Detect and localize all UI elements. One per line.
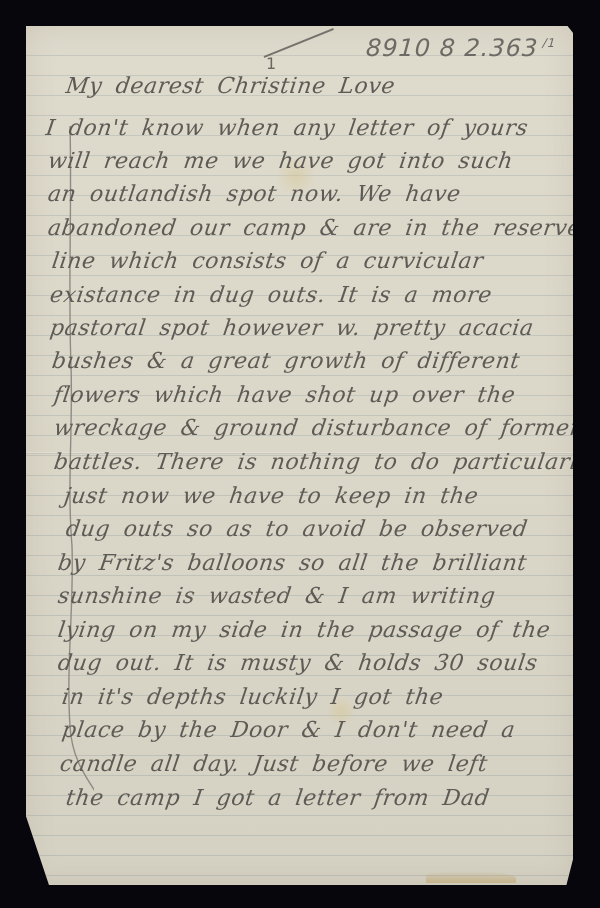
letter-line: place by the Door & I don't need a [60, 718, 517, 743]
letter-line: dug out. It is musty & holds 30 souls [56, 651, 539, 676]
letter-body: My dearest Christine Love I don't know w… [26, 26, 573, 885]
letter-salutation: My dearest Christine Love [64, 74, 397, 99]
letter-line: dug outs so as to avoid be observed [64, 517, 529, 542]
letter-line: flowers which have shot up over the [52, 383, 517, 408]
letter-line: lying on my side in the passage of the [56, 618, 552, 643]
letter-line: bushes & a great growth of different [50, 349, 521, 374]
letter-line: I don't know when any letter of yours [44, 116, 530, 141]
letter-paper: 8910 8 2.363/1 1 My dearest Christine Lo… [26, 26, 573, 885]
letter-line: battles. There is nothing to do particul… [52, 450, 592, 475]
letter-line: sunshine is wasted & I am writing [56, 584, 497, 609]
letter-line: by Fritz's balloons so all the brilliant [56, 551, 528, 576]
letter-line: the camp I got a letter from Dad [64, 786, 491, 811]
letter-line: existance in dug outs. It is a more [48, 283, 493, 308]
letter-line: pastoral spot however w. pretty acacia [48, 316, 535, 341]
letter-line: just now we have to keep in the [62, 484, 480, 509]
letter-line: will reach me we have got into such [46, 149, 514, 174]
letter-line: candle all day. Just before we left [58, 752, 489, 777]
letter-line: abandoned our camp & are in the reserve [46, 216, 583, 241]
letter-line: line which consists of a curvicular [50, 249, 485, 274]
scan-background: 8910 8 2.363/1 1 My dearest Christine Lo… [0, 0, 600, 908]
letter-line: an outlandish spot now. We have [46, 182, 462, 207]
letter-line: in it's depths luckily I got the [60, 685, 445, 710]
letter-line: wreckage & ground disturbance of former [52, 416, 582, 441]
